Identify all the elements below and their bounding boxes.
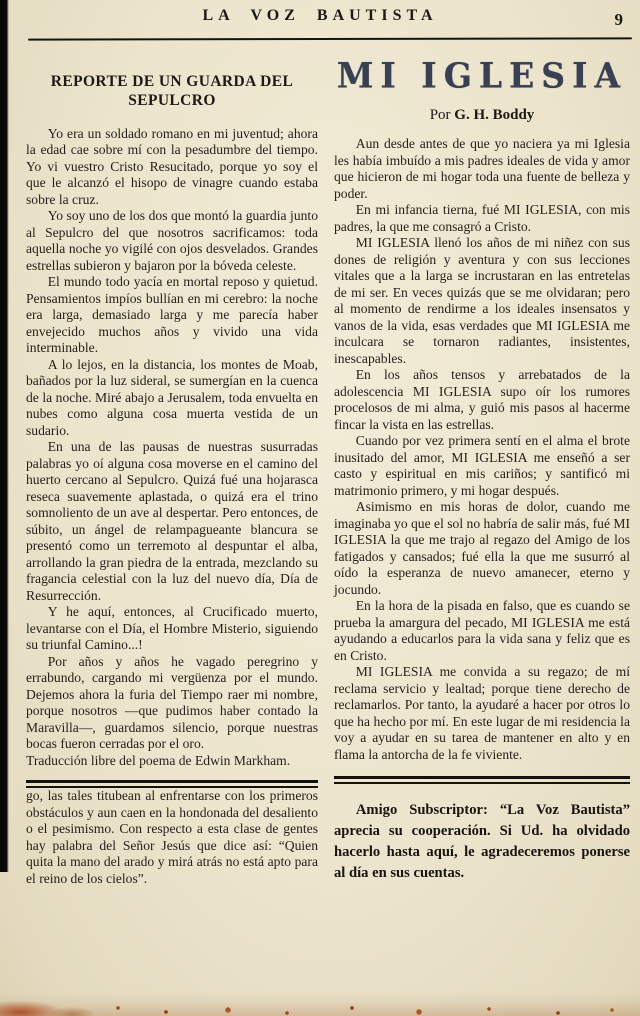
section-divider-rule [334, 776, 630, 784]
translation-credit: Traducción libre del poema de Edwin Mark… [26, 753, 318, 770]
byline-author: G. H. Boddy [454, 107, 534, 123]
article-paragraph: Aun desde antes de que yo naciera ya mi … [334, 136, 630, 202]
page-number: 9 [615, 10, 624, 30]
page-header: LA VOZ BAUTISTA 9 [0, 7, 640, 33]
article-paragraph: En la hora de la pisada en falso, que es… [334, 598, 630, 664]
left-article-heading: REPORTE DE UN GUARDA DEL SEPULCRO [34, 72, 310, 111]
article-paragraph: Cuando por vez primera sentí en el alma … [334, 433, 630, 499]
article-paragraph: El mundo todo yacía en mortal reposo y q… [26, 274, 318, 357]
byline: Por G. H. Boddy [334, 107, 630, 124]
article-paragraph: En los años tensos y arrebatados de la a… [334, 367, 630, 433]
article-paragraph: Yo era un soldado romano en mi juventud;… [26, 126, 318, 209]
header-rule [28, 37, 632, 40]
left-article-column: REPORTE DE UN GUARDA DEL SEPULCRO Yo era… [26, 46, 318, 990]
article-paragraph: A lo lejos, en la distancia, los montes … [26, 357, 318, 440]
scan-edge-shadow [0, 0, 9, 872]
section-divider-rule [26, 780, 318, 788]
right-article-title: MI IGLESIA [334, 57, 630, 95]
byline-prefix: Por [430, 107, 451, 123]
article-paragraph: Yo soy uno de los dos que montó la guard… [26, 208, 318, 274]
article-paragraph: MI IGLESIA me convida a su regazo; de mí… [334, 664, 630, 763]
scan-bottom-speckles [0, 990, 640, 1016]
masthead-title: LA VOZ BAUTISTA [0, 7, 640, 25]
article-paragraph: Asimismo en mis horas de dolor, cuando m… [334, 499, 630, 598]
article-paragraph: En una de las pausas de nuestras susurra… [26, 439, 318, 604]
article-paragraph: Y he aquí, entonces, al Crucificado muer… [26, 604, 318, 654]
scanned-magazine-page: { "page": { "header": { "masthead": "LA … [0, 0, 640, 1016]
article-paragraph: Por años y años he vagado peregrino y er… [26, 654, 318, 753]
subscriber-notice: Amigo Subscriptor: “La Voz Bautista” apr… [334, 800, 630, 884]
right-article-column: MI IGLESIA Por G. H. Boddy Aun desde ant… [334, 46, 630, 990]
continuation-paragraph: go, las tales titubean al enfrentarse co… [26, 788, 318, 887]
two-column-layout: REPORTE DE UN GUARDA DEL SEPULCRO Yo era… [26, 46, 630, 990]
article-paragraph: En mi infancia tierna, fué MI IGLESIA, c… [334, 202, 630, 235]
article-paragraph: MI IGLESIA llenó los años de mi niñez co… [334, 235, 630, 367]
